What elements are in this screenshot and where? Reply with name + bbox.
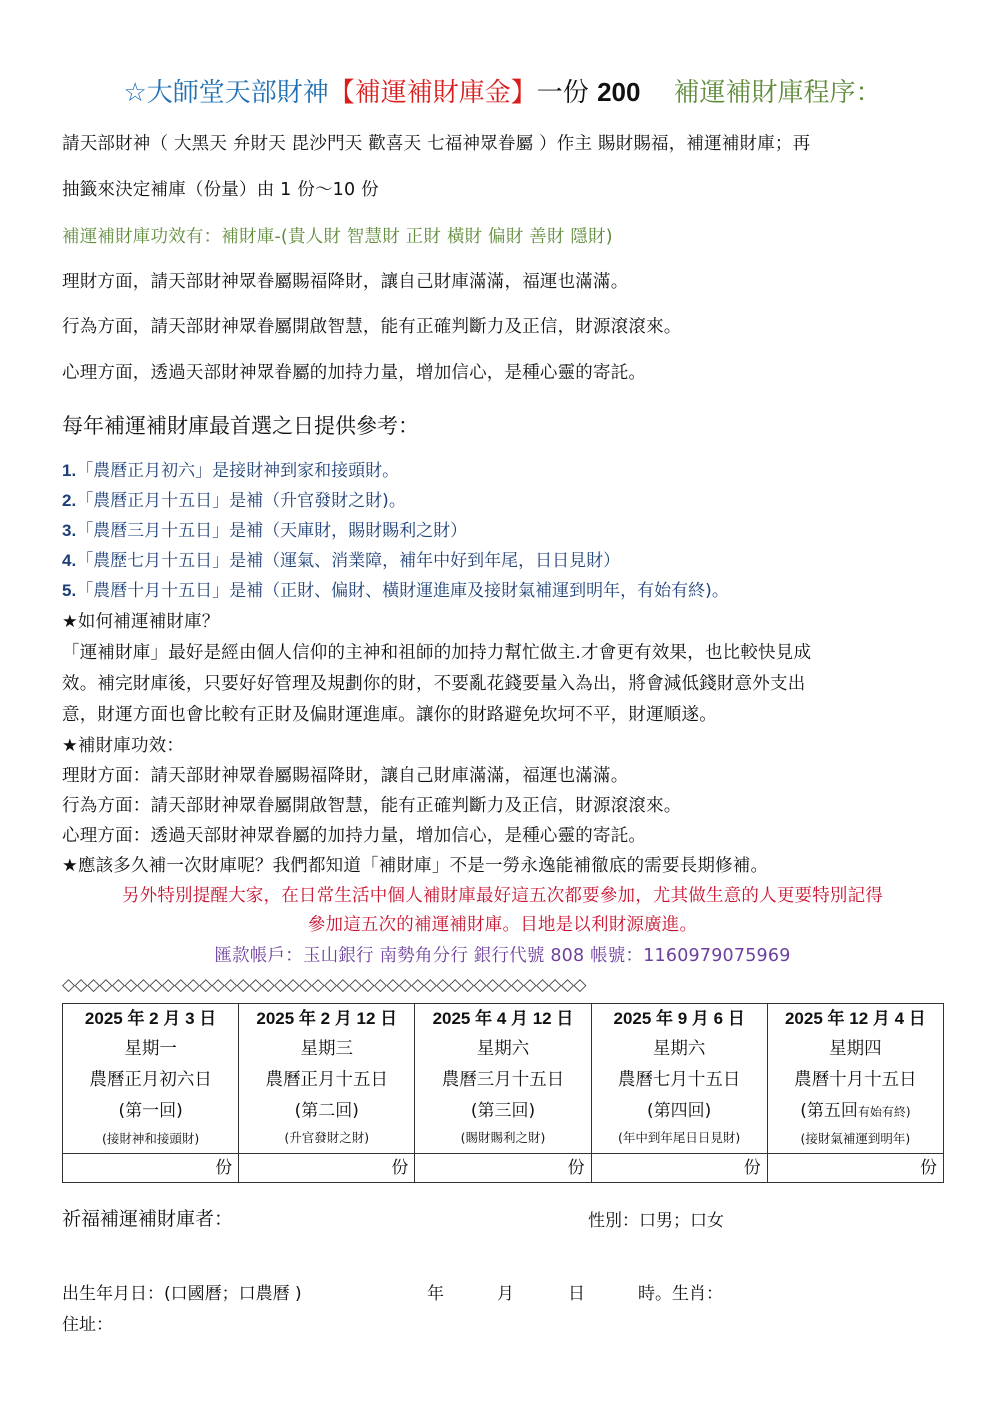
intro-line-1: 請天部財神（ 大黑天 弁財天 毘沙門天 歡喜天 七福神眾眷屬 ）作主 賜財賜福，… — [62, 132, 810, 156]
reminder-line-2: 參加這五次的補運補財庫。目地是以利財源廣進。 — [0, 913, 1005, 937]
schedule-cell-1: 2025 年 2 月 3 日 星期一 農曆正月初六日 (第一回) (接財神和接頭… — [63, 1004, 239, 1154]
schedule-info-row: 2025 年 2 月 3 日 星期一 農曆正月初六日 (第一回) (接財神和接頭… — [63, 1004, 944, 1154]
birth-day-label: 日 — [568, 1282, 585, 1306]
effects-heading: ★補財庫功效： — [62, 734, 184, 758]
schedule-quantity-row: 份 份 份 份 份 — [63, 1154, 944, 1183]
title-product: 【補運補財庫金】 — [329, 78, 537, 108]
how-to-line: 「運補財庫」最好是經由個人信仰的主神和祖師的加持力幫忙做主.才會更有效果，也比較… — [62, 641, 811, 665]
gender-field[interactable]: 性別：口男；口女 — [588, 1209, 724, 1233]
quantity-field-2[interactable]: 份 — [239, 1154, 415, 1183]
best-day-item: 2.「農曆正月十五日」是補（升官發財之財)。 — [62, 489, 406, 513]
title-price: 200 — [597, 77, 640, 107]
birth-date-label[interactable]: 出生年月日：(口國曆；口農曆 ) — [62, 1282, 302, 1306]
gender-female-checkbox[interactable]: 口女 — [690, 1211, 724, 1231]
effects-line: 心理方面：透過天部財神眾眷屬的加持力量，增加信心，是種心靈的寄託。 — [62, 824, 646, 848]
best-day-item: 1.「農曆正月初六」是接財神到家和接頭財。 — [62, 459, 399, 483]
quantity-field-4[interactable]: 份 — [591, 1154, 767, 1183]
gender-male-checkbox[interactable]: 口男； — [639, 1211, 690, 1231]
best-day-item: 3.「農曆三月十五日」是補（天庫財，賜財賜利之財） — [62, 519, 467, 543]
address-field[interactable]: 住址： — [62, 1313, 113, 1337]
quantity-field-1[interactable]: 份 — [63, 1154, 239, 1183]
aspect-psychology: 心理方面，透過天部財神眾眷屬的加持力量，增加信心，是種心靈的寄託。 — [62, 361, 646, 385]
schedule-cell-4: 2025 年 9 月 6 日 星期六 農曆七月十五日 (第四回) (年中到年尾日… — [591, 1004, 767, 1154]
bank-account: 匯款帳戶：玉山銀行 南勢角分行 銀行代號 808 帳號：116097907596… — [0, 944, 1005, 968]
effects-line: 理財方面：請天部財神眾眷屬賜福降財，讓自己財庫滿滿，福運也滿滿。 — [62, 764, 628, 788]
page-title: ☆大師堂天部財神【補運補財庫金】一份 200 補運補財庫程序： — [0, 74, 1005, 111]
best-days-heading: 每年補運補財庫最首選之日提供參考： — [62, 412, 419, 440]
schedule-cell-2: 2025 年 2 月 12 日 星期三 農曆正月十五日 (第二回) (升官發財之… — [239, 1004, 415, 1154]
best-day-item: 5.「農曆十月十五日」是補（正財、偏財、橫財運進庫及接財氣補運到明年，有始有終)… — [62, 579, 729, 603]
diamond-divider: ◇◇◇◇◇◇◇◇◇◇◇◇◇◇◇◇◇◇◇◇◇◇◇◇◇◇◇◇◇◇◇◇◇◇◇◇◇◇◇◇… — [62, 974, 586, 996]
gender-label: 性別： — [588, 1211, 639, 1231]
intro-line-2: 抽籤來決定補庫（份量）由 1 份～10 份 — [62, 178, 379, 202]
title-procedure: 補運補財庫程序： — [674, 78, 882, 108]
quantity-field-5[interactable]: 份 — [767, 1154, 943, 1183]
birth-year-label: 年 — [427, 1282, 444, 1306]
best-day-item: 4.「農歷七月十五日」是補（運氣、消業障，補年中好到年尾，日日見財） — [62, 549, 620, 573]
quantity-field-3[interactable]: 份 — [415, 1154, 591, 1183]
schedule-cell-5: 2025 年 12 月 4 日 星期四 農曆十月十五日 (第五回有始有終) (接… — [767, 1004, 943, 1154]
frequency-line: ★應該多久補一次財庫呢？我們都知道「補財庫」不是一勞永逸能補徹底的需要長期修補。 — [62, 854, 768, 878]
how-to-heading: ★如何補運補財庫？ — [62, 610, 220, 634]
how-to-line: 意，財運方面也會比較有正財及偏財運進庫。讓你的財路避免坎坷不平，財運順遂。 — [62, 703, 717, 727]
reminder-line-1: 另外特別提醒大家，在日常生活中個人補財庫最好這五次都要參加，尤其做生意的人更要特… — [0, 884, 1005, 908]
how-to-line: 效。補完財庫後，只要好好管理及規劃你的財，不要亂花錢要量入為出，將會減低錢財意外… — [62, 672, 805, 696]
effects-line: 行為方面：請天部財神眾眷屬開啟智慧，能有正確判斷力及正信，財源滾滾來。 — [62, 794, 682, 818]
aspect-behavior: 行為方面，請天部財神眾眷屬開啟智慧，能有正確判斷力及正信，財源滾滾來。 — [62, 315, 682, 339]
schedule-table: 2025 年 2 月 3 日 星期一 農曆正月初六日 (第一回) (接財神和接頭… — [62, 1003, 944, 1183]
birth-hour-zodiac-field[interactable]: 時。生肖： — [638, 1282, 723, 1306]
title-temple: ☆大師堂天部財神 — [123, 78, 328, 108]
schedule-cell-3: 2025 年 4 月 12 日 星期六 農曆三月十五日 (第三回) (賜財賜利之… — [415, 1004, 591, 1154]
aspect-finance: 理財方面，請天部財神眾眷屬賜福降財，讓自己財庫滿滿，福運也滿滿。 — [62, 270, 628, 294]
title-price-prefix: 一份 — [537, 78, 589, 108]
birth-month-label: 月 — [497, 1282, 514, 1306]
efficacy-line: 補運補財庫功效有：補財庫-(貴人財 智慧財 正財 橫財 偏財 善財 隱財) — [62, 225, 613, 249]
applicant-name-field[interactable]: 祈福補運補財庫者： — [62, 1206, 233, 1232]
